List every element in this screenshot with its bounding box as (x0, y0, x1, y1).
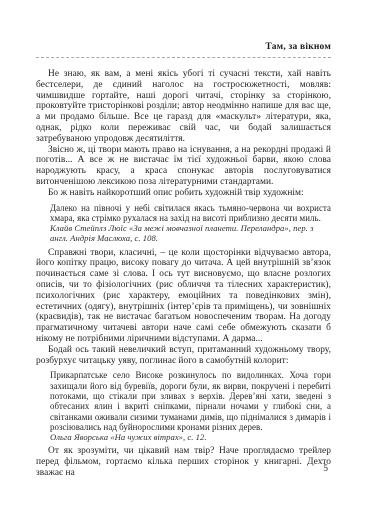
paragraph-bo: Бо ж навіть найкоротший опис робить худо… (36, 188, 331, 199)
header-rule (36, 57, 331, 58)
book-page: Там, за вікном Не знаю, як вам, а мені я… (36, 42, 331, 479)
paragraph-spravzhni: Справжні твори, класичні, – це коли щост… (36, 248, 331, 345)
paragraph-final: От як зрозуміти, чи цікавий нам твір? На… (36, 446, 331, 478)
page-number: 5 (323, 464, 328, 474)
running-header: Там, за вікном (36, 42, 331, 57)
page-body: Не знаю, як вам, а мені якісь убогі ті с… (36, 69, 331, 479)
blockquote-yavorska: Прикарпатське село Високе розкинулось по… (50, 370, 331, 432)
running-title: Там, за вікном (265, 42, 331, 52)
paragraph-intro: Не знаю, як вам, а мені якісь убогі ті с… (36, 69, 331, 145)
citation-yavorska: Ольга Яворська «На чужих вітрах», с. 12. (50, 432, 331, 442)
paragraph-zvisno: Звісно ж, ці твори мають право на існува… (36, 145, 331, 188)
paragraph-boday: Бодай ось такий невеличкий вступ, притам… (36, 345, 331, 367)
blockquote-lewis: Далеко на півночі у небі світилася якась… (50, 203, 331, 224)
citation-lewis: Клайв Стейплз Люїс «За межі мовчазної пл… (50, 223, 331, 243)
